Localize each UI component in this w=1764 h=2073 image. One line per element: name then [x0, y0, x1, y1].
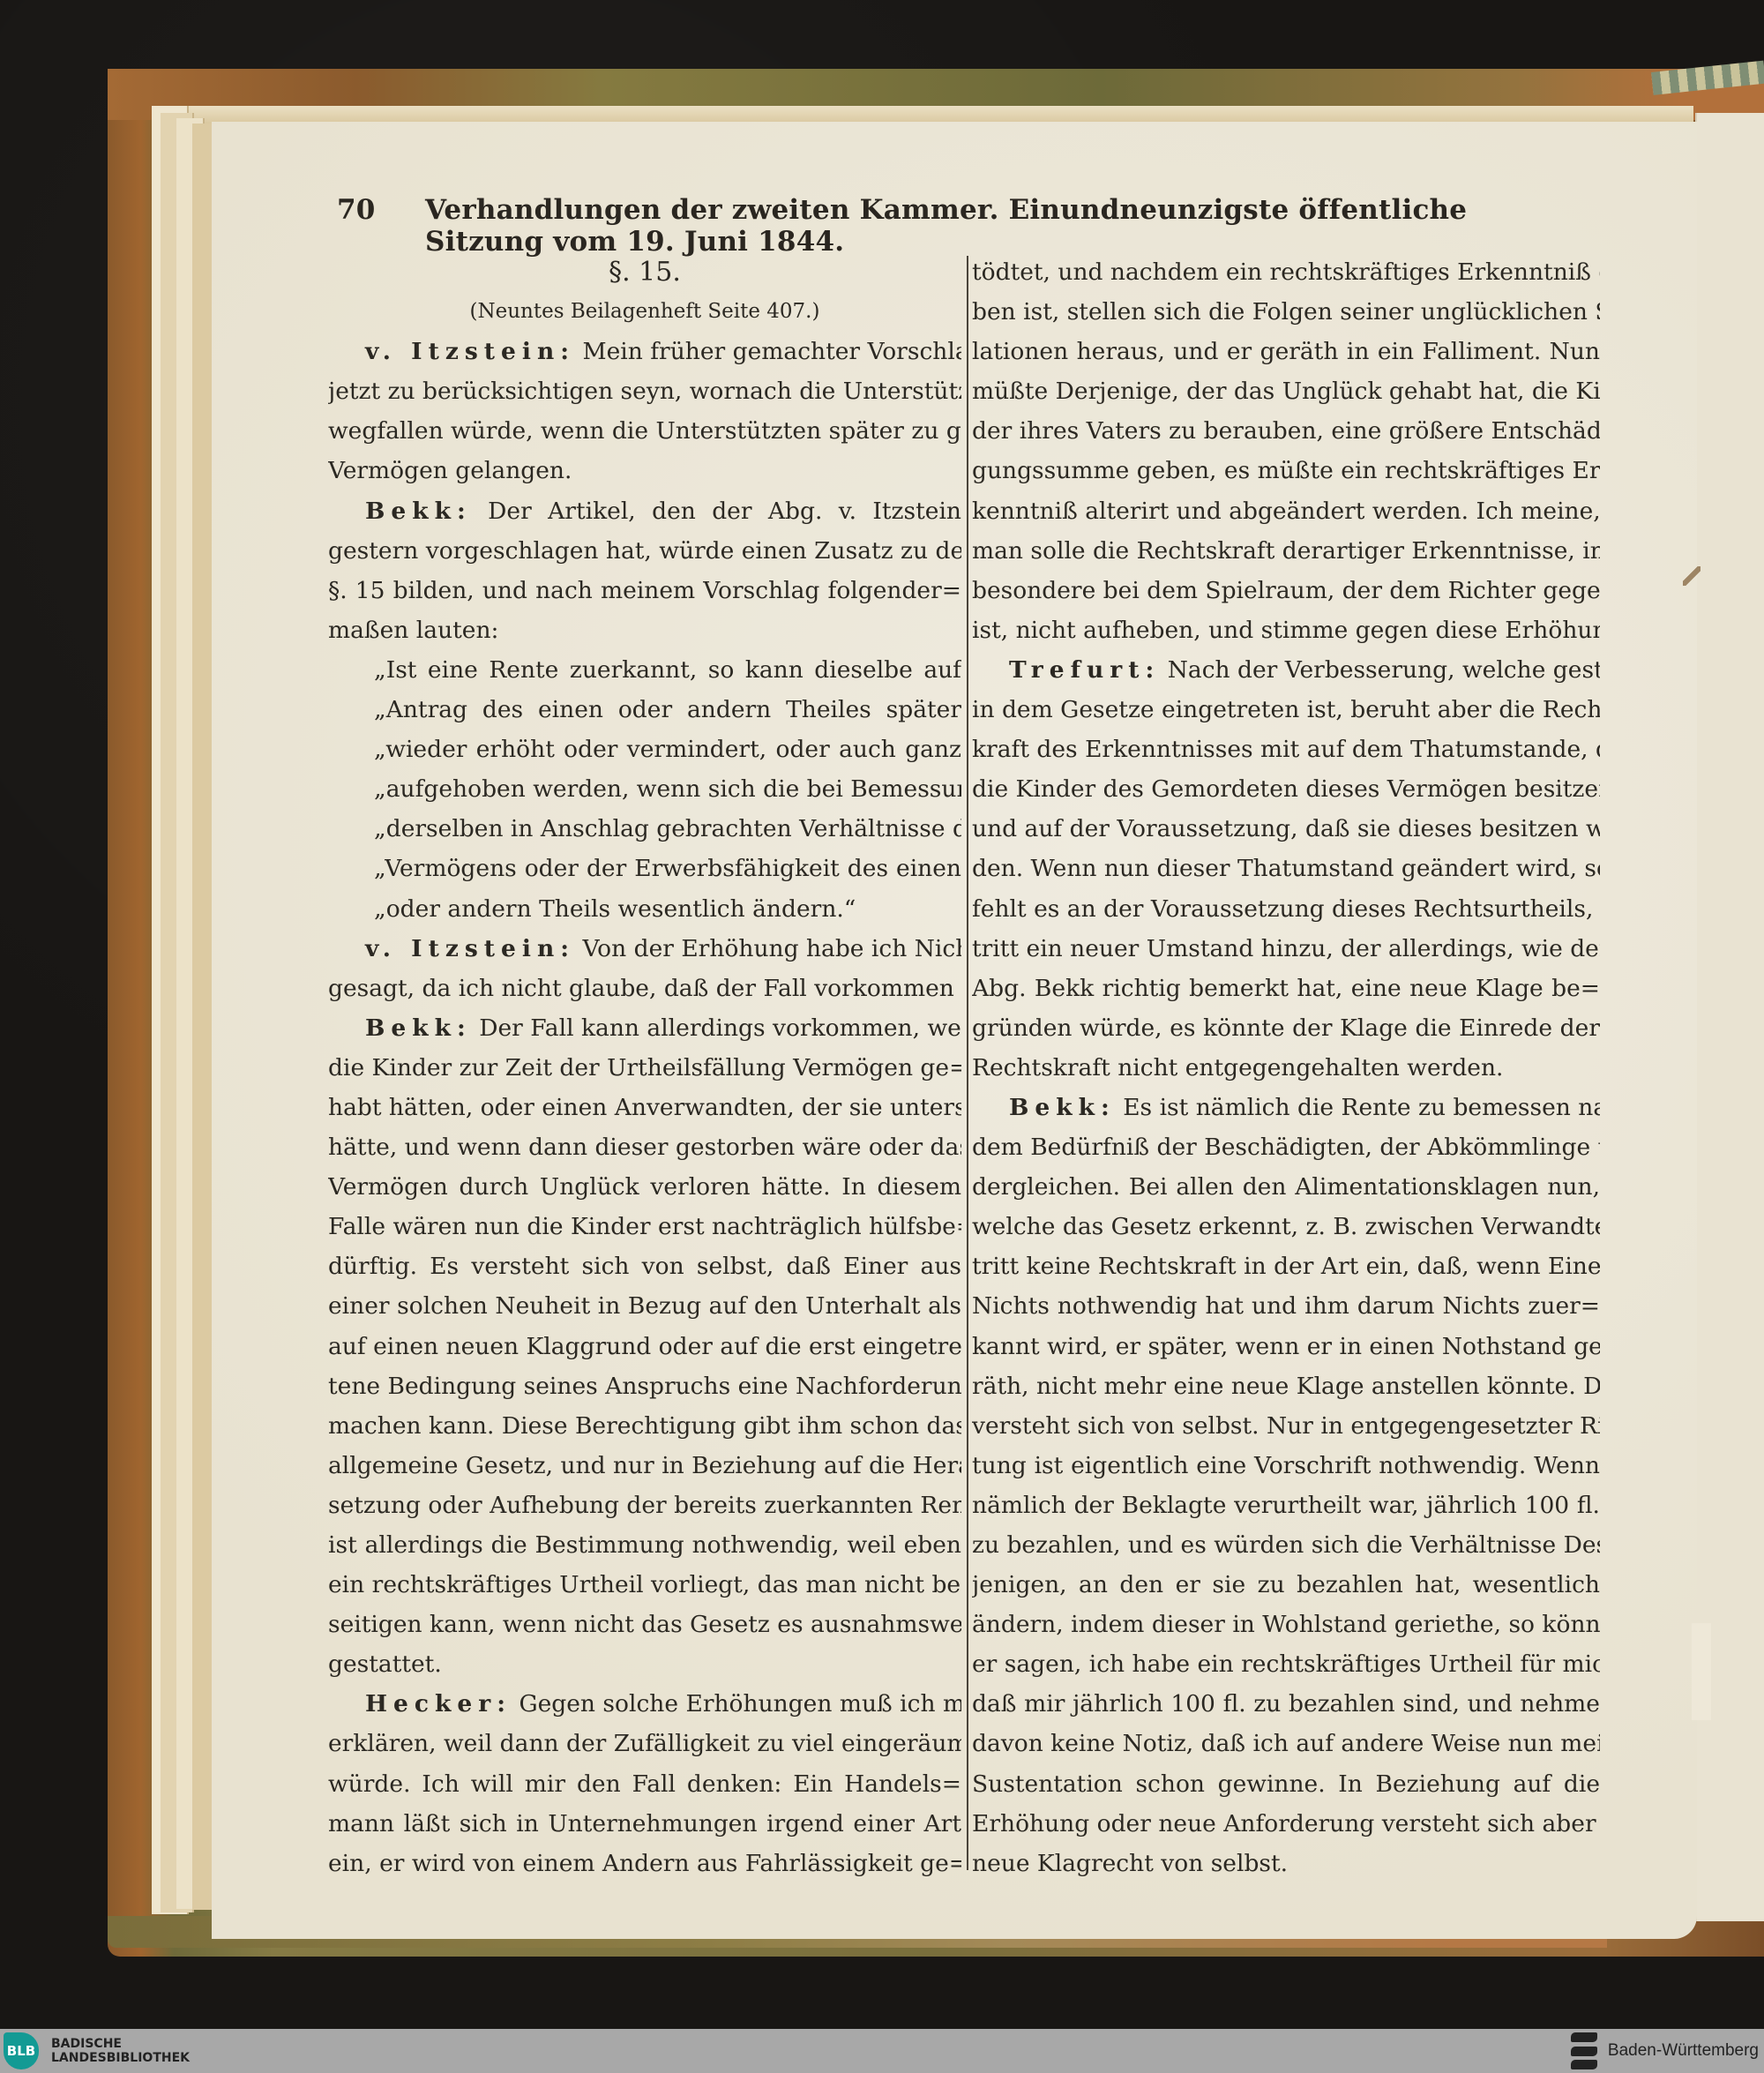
speaker-name: Hecker:: [365, 1690, 512, 1718]
line-text: hätte, und wenn dann dieser gestorben wä…: [328, 1134, 961, 1161]
text-line: lationen heraus, und er geräth in ein Fa…: [972, 332, 1600, 371]
text-line: Abg. Bekk richtig bemerkt hat, eine neue…: [972, 969, 1600, 1008]
text-line: davon keine Notiz, daß ich auf andere We…: [972, 1724, 1600, 1763]
line-text: einer solchen Neuheit in Bezug auf den U…: [328, 1292, 961, 1320]
text-line: gestern vorgeschlagen hat, würde einen Z…: [328, 531, 961, 571]
text-line: gründen würde, es könnte der Klage die E…: [972, 1008, 1600, 1048]
speaker-line: Bekk: Der Fall kann allerdings vorkommen…: [328, 1008, 961, 1048]
text-line: kenntniß alterirt und abgeändert werden.…: [972, 491, 1600, 531]
line-text: tritt ein neuer Umstand hinzu, der aller…: [972, 935, 1600, 962]
line-text: versteht sich von selbst. Nur in entgege…: [972, 1412, 1600, 1440]
text-line: erklären, weil dann der Zufälligkeit zu …: [328, 1724, 961, 1763]
speaker-name: Trefurt:: [1009, 656, 1160, 684]
state-name: Baden-Württemberg: [1608, 2041, 1759, 2061]
text-line: „wieder erhöht oder vermindert, oder auc…: [328, 730, 961, 769]
text-line: daß mir jährlich 100 fl. zu bezahlen sin…: [972, 1684, 1600, 1724]
line-text: gestern vorgeschlagen hat, würde einen Z…: [328, 537, 961, 565]
text-line: ein, er wird von einem Andern aus Fahrlä…: [328, 1844, 961, 1883]
line-text: fehlt es an der Voraussetzung dieses Rec…: [972, 895, 1600, 923]
line-text: „Ist eine Rente zuerkannt, so kann diese…: [374, 656, 961, 684]
speaker-name: Bekk:: [365, 1014, 472, 1042]
speaker-line: v. Itzstein: Von der Erhöhung habe ich N…: [328, 929, 961, 969]
section-heading: §. 15.: [328, 252, 961, 292]
state-branding: Baden-Württemberg: [1571, 2032, 1759, 2069]
text-line: ändern, indem dieser in Wohlstand geriet…: [972, 1605, 1600, 1644]
text-line: in dem Gesetze eingetreten ist, beruht a…: [972, 690, 1600, 730]
line-text: Vermögen durch Unglück verloren hätte. I…: [328, 1173, 961, 1201]
line-text: davon keine Notiz, daß ich auf andere We…: [972, 1730, 1600, 1757]
line-text: Von der Erhöhung habe ich Nichts: [582, 935, 961, 962]
text-line: besondere bei dem Spielraum, der dem Ric…: [972, 571, 1600, 610]
page-tab: [1692, 1623, 1711, 1720]
line-text: würde. Ich will mir den Fall denken: Ein…: [328, 1770, 961, 1798]
line-text: habt hätten, oder einen Anverwandten, de…: [328, 1094, 961, 1121]
line-text: allgemeine Gesetz, und nur in Beziehung …: [328, 1452, 961, 1479]
line-text: Abg. Bekk richtig bemerkt hat, eine neue…: [972, 975, 1600, 1002]
line-text: den. Wenn nun dieser Thatumstand geänder…: [972, 855, 1600, 882]
text-line: müßte Derjenige, der das Unglück gehabt …: [972, 371, 1600, 411]
text-line: tritt keine Rechtskraft in der Art ein, …: [972, 1246, 1600, 1286]
speaker-name: Bekk:: [1009, 1094, 1116, 1121]
right-column-text: tödtet, und nachdem ein rechtskräftiges …: [972, 252, 1600, 1883]
text-line: jetzt zu berücksichtigen seyn, wornach d…: [328, 371, 961, 411]
text-line: jenigen, an den er sie zu bezahlen hat, …: [972, 1565, 1600, 1605]
text-line: „Vermögens oder der Erwerbsfähigkeit des…: [328, 849, 961, 888]
line-text: müßte Derjenige, der das Unglück gehabt …: [972, 378, 1600, 405]
line-text: er sagen, ich habe ein rechtskräftiges U…: [972, 1650, 1600, 1678]
line-text: Es ist nämlich die Rente zu bemessen nac…: [1123, 1094, 1600, 1121]
text-line: den. Wenn nun dieser Thatumstand geänder…: [972, 849, 1600, 888]
left-column-text: v. Itzstein: Mein früher gemachter Vorsc…: [328, 332, 961, 1883]
text-line: der ihres Vaters zu berauben, eine größe…: [972, 411, 1600, 451]
line-text: „oder andern Theils wesentlich ändern.“: [374, 895, 856, 923]
text-line: allgemeine Gesetz, und nur in Beziehung …: [328, 1446, 961, 1486]
line-text: Falle wären nun die Kinder erst nachträg…: [328, 1213, 961, 1240]
line-text: „wieder erhöht oder vermindert, oder auc…: [374, 736, 961, 763]
text-line: versteht sich von selbst. Nur in entgege…: [972, 1406, 1600, 1446]
line-text: daß mir jährlich 100 fl. zu bezahlen sin…: [972, 1690, 1600, 1718]
text-line: Sustentation schon gewinne. In Beziehung…: [972, 1764, 1600, 1804]
text-line: nämlich der Beklagte verurtheilt war, jä…: [972, 1486, 1600, 1525]
library-name-line1: BADISCHE: [51, 2037, 190, 2051]
line-text: jenigen, an den er sie zu bezahlen hat, …: [972, 1571, 1600, 1598]
text-line: räth, nicht mehr eine neue Klage anstell…: [972, 1366, 1600, 1406]
line-text: lationen heraus, und er geräth in ein Fa…: [972, 338, 1600, 365]
line-text: tene Bedingung seines Anspruchs eine Nac…: [328, 1373, 961, 1400]
speaker-name: Bekk:: [365, 498, 472, 525]
text-line: ist, nicht aufheben, und stimme gegen di…: [972, 610, 1600, 650]
text-line: mann läßt sich in Unternehmungen irgend …: [328, 1804, 961, 1844]
text-line: zu bezahlen, und es würden sich die Verh…: [972, 1525, 1600, 1565]
line-text: seitigen kann, wenn nicht das Gesetz es …: [328, 1611, 961, 1638]
text-line: Rechtskraft nicht entgegengehalten werde…: [972, 1048, 1600, 1088]
column-divider: [967, 256, 968, 1870]
line-text: man solle die Rechtskraft derartiger Erk…: [972, 537, 1600, 565]
line-text: zu bezahlen, und es würden sich die Verh…: [972, 1531, 1600, 1559]
text-line: Falle wären nun die Kinder erst nachträg…: [328, 1207, 961, 1246]
text-line: „derselben in Anschlag gebrachten Verhäl…: [328, 809, 961, 849]
line-text: mann läßt sich in Unternehmungen irgend …: [328, 1810, 961, 1837]
line-text: Gegen solche Erhöhungen muß ich mich: [519, 1690, 961, 1718]
text-line: auf einen neuen Klaggrund oder auf die e…: [328, 1327, 961, 1366]
line-text: §. 15 bilden, und nach meinem Vorschlag …: [328, 577, 961, 604]
text-line: Vermögen gelangen.: [328, 451, 961, 490]
line-text: welche das Gesetz erkennt, z. B. zwische…: [972, 1213, 1600, 1240]
text-line: fehlt es an der Voraussetzung dieses Rec…: [972, 889, 1600, 929]
library-name: BADISCHE LANDESBIBLIOTHEK: [51, 2037, 190, 2065]
text-line: gungssumme geben, es müßte ein rechtskrä…: [972, 451, 1600, 490]
line-text: jetzt zu berücksichtigen seyn, wornach d…: [328, 378, 961, 405]
line-text: dürftig. Es versteht sich von selbst, da…: [328, 1253, 961, 1280]
line-text: „Antrag des einen oder andern Theiles sp…: [374, 696, 961, 723]
text-line: „oder andern Theils wesentlich ändern.“: [328, 889, 961, 929]
line-text: machen kann. Diese Berechtigung gibt ihm…: [328, 1412, 961, 1440]
text-line: die Kinder des Gemordeten dieses Vermöge…: [972, 769, 1600, 809]
three-lions-coat-of-arms-icon: [1571, 2032, 1597, 2069]
text-line: „Antrag des einen oder andern Theiles sp…: [328, 690, 961, 730]
line-text: erklären, weil dann der Zufälligkeit zu …: [328, 1730, 961, 1757]
text-line: tödtet, und nachdem ein rechtskräftiges …: [972, 252, 1600, 292]
line-text: „derselben in Anschlag gebrachten Verhäl…: [374, 815, 961, 842]
text-line: ben ist, stellen sich die Folgen seiner …: [972, 292, 1600, 332]
text-line: die Kinder zur Zeit der Urtheilsfällung …: [328, 1048, 961, 1088]
paper-blemish: [1683, 566, 1700, 586]
line-text: Der Artikel, den der Abg. v. Itzstein: [488, 498, 961, 525]
line-text: Nichts nothwendig hat und ihm darum Nich…: [972, 1292, 1600, 1320]
line-text: „Vermögens oder der Erwerbsfähigkeit des…: [374, 855, 961, 882]
text-line: tritt ein neuer Umstand hinzu, der aller…: [972, 929, 1600, 969]
line-text: ist, nicht aufheben, und stimme gegen di…: [972, 617, 1600, 644]
text-line: und auf der Voraussetzung, daß sie diese…: [972, 809, 1600, 849]
line-text: der ihres Vaters zu berauben, eine größe…: [972, 417, 1600, 445]
text-line: maßen lauten:: [328, 610, 961, 650]
line-text: in dem Gesetze eingetreten ist, beruht a…: [972, 696, 1600, 723]
line-text: setzung oder Aufhebung der bereits zuerk…: [328, 1492, 961, 1519]
text-line: würde. Ich will mir den Fall denken: Ein…: [328, 1764, 961, 1804]
line-text: dergleichen. Bei allen den Alimentations…: [972, 1173, 1600, 1201]
line-text: und auf der Voraussetzung, daß sie diese…: [972, 815, 1600, 842]
text-line: welche das Gesetz erkennt, z. B. zwische…: [972, 1207, 1600, 1246]
text-line: setzung oder Aufhebung der bereits zuerk…: [328, 1486, 961, 1525]
blb-logo-icon: BLB: [4, 2032, 39, 2069]
speaker-line: Trefurt: Nach der Verbesserung, welche g…: [972, 650, 1600, 690]
text-line: ist allerdings die Bestimmung nothwendig…: [328, 1525, 961, 1565]
line-text: auf einen neuen Klaggrund oder auf die e…: [328, 1333, 961, 1360]
text-line: tene Bedingung seines Anspruchs eine Nac…: [328, 1366, 961, 1406]
text-line: dürftig. Es versteht sich von selbst, da…: [328, 1246, 961, 1286]
line-text: Erhöhung oder neue Anforderung versteht …: [972, 1810, 1600, 1837]
speaker-line: Bekk: Der Artikel, den der Abg. v. Itzst…: [328, 491, 961, 531]
text-line: wegfallen würde, wenn die Unterstützten …: [328, 411, 961, 451]
text-line: seitigen kann, wenn nicht das Gesetz es …: [328, 1605, 961, 1644]
text-line: einer solchen Neuheit in Bezug auf den U…: [328, 1286, 961, 1326]
line-text: nämlich der Beklagte verurtheilt war, jä…: [972, 1492, 1600, 1519]
line-text: räth, nicht mehr eine neue Klage anstell…: [972, 1373, 1600, 1400]
line-text: ein, er wird von einem Andern aus Fahrlä…: [328, 1850, 961, 1877]
line-text: Der Fall kann allerdings vorkommen, wenn: [479, 1014, 961, 1042]
line-text: kraft des Erkenntnisses mit auf dem That…: [972, 736, 1600, 763]
line-text: gungssumme geben, es müßte ein rechtskrä…: [972, 457, 1600, 484]
speaker-line: v. Itzstein: Mein früher gemachter Vorsc…: [328, 332, 961, 371]
text-line: Nichts nothwendig hat und ihm darum Nich…: [972, 1286, 1600, 1326]
line-text: kenntniß alterirt und abgeändert werden.…: [972, 498, 1600, 525]
line-text: neue Klagrecht von selbst.: [972, 1850, 1288, 1877]
line-text: besondere bei dem Spielraum, der dem Ric…: [972, 577, 1600, 604]
library-name-line2: LANDESBIBLIOTHEK: [51, 2051, 190, 2065]
line-text: tödtet, und nachdem ein rechtskräftiges …: [972, 258, 1600, 286]
line-text: die Kinder zur Zeit der Urtheilsfällung …: [328, 1054, 961, 1081]
text-line: hätte, und wenn dann dieser gestorben wä…: [328, 1127, 961, 1167]
line-text: Vermögen gelangen.: [328, 457, 572, 484]
text-line: „Ist eine Rente zuerkannt, so kann diese…: [328, 650, 961, 690]
left-column: §. 15. (Neuntes Beilagenheft Seite 407.)…: [328, 252, 961, 1883]
line-text: maßen lauten:: [328, 617, 498, 644]
speaker-line: Hecker: Gegen solche Erhöhungen muß ich …: [328, 1684, 961, 1724]
text-line: machen kann. Diese Berechtigung gibt ihm…: [328, 1406, 961, 1446]
line-text: ein rechtskräftiges Urtheil vorliegt, da…: [328, 1571, 961, 1598]
text-line: er sagen, ich habe ein rechtskräftiges U…: [972, 1644, 1600, 1684]
line-text: gründen würde, es könnte der Klage die E…: [972, 1014, 1600, 1042]
line-text: tritt keine Rechtskraft in der Art ein, …: [972, 1253, 1600, 1280]
line-text: gestattet.: [328, 1650, 442, 1678]
text-line: dergleichen. Bei allen den Alimentations…: [972, 1167, 1600, 1207]
speaker-name: v. Itzstein:: [365, 338, 575, 365]
line-text: dem Bedürfniß der Beschädigten, der Abkö…: [972, 1134, 1600, 1161]
text-line: habt hätten, oder einen Anverwandten, de…: [328, 1088, 961, 1127]
text-line: kraft des Erkenntnisses mit auf dem That…: [972, 730, 1600, 769]
line-text: ben ist, stellen sich die Folgen seiner …: [972, 298, 1600, 326]
line-text: Sustentation schon gewinne. In Beziehung…: [972, 1770, 1600, 1798]
page-number: 70: [337, 194, 425, 226]
line-text: Mein früher gemachter Vorschlag wird: [582, 338, 961, 365]
speaker-line: Bekk: Es ist nämlich die Rente zu bemess…: [972, 1088, 1600, 1127]
text-line: kannt wird, er später, wenn er in einen …: [972, 1327, 1600, 1366]
line-text: tung ist eigentlich eine Vorschrift noth…: [972, 1452, 1600, 1479]
line-text: wegfallen würde, wenn die Unterstützten …: [328, 417, 961, 445]
text-line: Erhöhung oder neue Anforderung versteht …: [972, 1804, 1600, 1844]
running-head-title: Verhandlungen der zweiten Kammer. Einund…: [425, 194, 1519, 258]
line-text: die Kinder des Gemordeten dieses Vermöge…: [972, 775, 1600, 803]
line-text: ist allerdings die Bestimmung nothwendig…: [328, 1531, 961, 1559]
line-text: „aufgehoben werden, wenn sich die bei Be…: [374, 775, 961, 803]
text-line: man solle die Rechtskraft derartiger Erk…: [972, 531, 1600, 571]
line-text: Nach der Verbesserung, welche gestern: [1168, 656, 1600, 684]
text-line: ein rechtskräftiges Urtheil vorliegt, da…: [328, 1565, 961, 1605]
text-line: tung ist eigentlich eine Vorschrift noth…: [972, 1446, 1600, 1486]
line-text: kannt wird, er später, wenn er in einen …: [972, 1333, 1600, 1360]
footer-bar: BLB BADISCHE LANDESBIBLIOTHEK Baden-Würt…: [0, 2029, 1764, 2073]
text-line: dem Bedürfniß der Beschädigten, der Abkö…: [972, 1127, 1600, 1167]
line-text: gesagt, da ich nicht glaube, daß der Fal…: [328, 975, 961, 1002]
text-line: „aufgehoben werden, wenn sich die bei Be…: [328, 769, 961, 809]
library-branding: BLB BADISCHE LANDESBIBLIOTHEK: [4, 2032, 190, 2069]
text-line: gesagt, da ich nicht glaube, daß der Fal…: [328, 969, 961, 1008]
line-text: ändern, indem dieser in Wohlstand geriet…: [972, 1611, 1600, 1638]
line-text: Rechtskraft nicht entgegengehalten werde…: [972, 1054, 1503, 1081]
speaker-name: v. Itzstein:: [365, 935, 575, 962]
text-line: §. 15 bilden, und nach meinem Vorschlag …: [328, 571, 961, 610]
running-head: 70 Verhandlungen der zweiten Kammer. Ein…: [337, 194, 1519, 229]
right-column: tödtet, und nachdem ein rechtskräftiges …: [972, 252, 1600, 1883]
text-line: Vermögen durch Unglück verloren hätte. I…: [328, 1167, 961, 1207]
section-reference: (Neuntes Beilagenheft Seite 407.): [328, 292, 961, 332]
text-line: gestattet.: [328, 1644, 961, 1684]
text-line: neue Klagrecht von selbst.: [972, 1844, 1600, 1883]
